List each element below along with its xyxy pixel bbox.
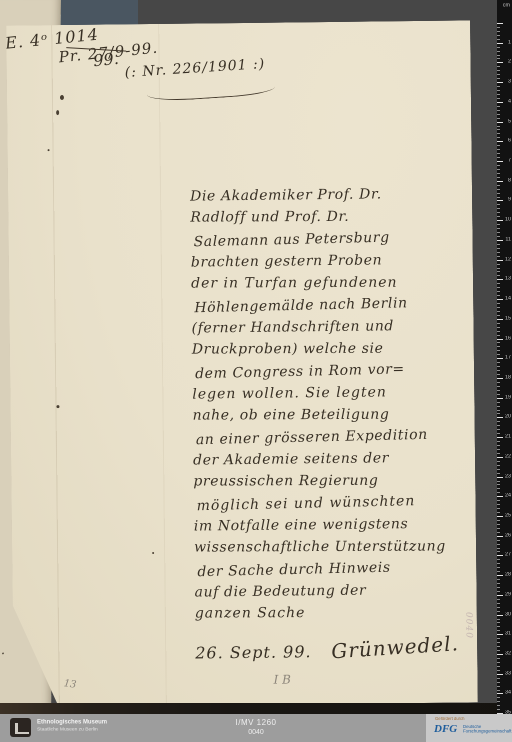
ruler-tick	[497, 43, 503, 44]
ruler-tick	[497, 595, 503, 596]
ruler-tick	[497, 23, 503, 24]
ruler-tick	[497, 386, 500, 387]
ruler-tick	[497, 504, 500, 505]
ruler-tick	[497, 173, 500, 174]
ruler-tick	[497, 256, 500, 257]
ruler-number: 17	[503, 355, 511, 360]
ruler-tick	[497, 66, 500, 67]
ruler-tick	[497, 532, 500, 533]
dfg-acronym: DFG	[434, 723, 457, 735]
ruler-tick	[497, 512, 500, 513]
ink-speck	[152, 552, 154, 554]
ruler-tick	[497, 390, 500, 391]
ruler-number: 31	[503, 631, 511, 636]
ruler-number: 24	[503, 493, 511, 498]
ruler-tick	[497, 500, 500, 501]
ruler-tick	[497, 536, 503, 537]
ruler-tick	[497, 642, 500, 643]
ruler-number: 4	[503, 99, 511, 104]
ruler-number: 27	[503, 552, 511, 557]
ruler-tick	[497, 394, 500, 395]
ruler-tick	[497, 382, 500, 383]
ruler-tick	[497, 682, 500, 683]
ruler-tick	[497, 453, 500, 454]
ruler-tick	[497, 457, 503, 458]
ruler-tick	[497, 133, 500, 134]
ruler-tick	[497, 417, 503, 418]
ruler-tick	[497, 153, 500, 154]
ruler-tick	[497, 508, 500, 509]
ruler-tick	[497, 331, 500, 332]
ruler-number: 26	[503, 533, 511, 538]
ink-speck	[56, 110, 59, 115]
ruler-tick	[497, 524, 500, 525]
ruler-tick	[497, 161, 503, 162]
ruler-tick	[497, 58, 500, 59]
ink-speck	[56, 405, 59, 408]
ruler-number: 34	[503, 690, 511, 695]
footer-bar: Ethnologisches Museum Staatliche Museen …	[0, 714, 512, 742]
ruler-tick	[497, 650, 500, 651]
ruler-number: 5	[503, 119, 511, 124]
ruler-tick	[497, 666, 500, 667]
signature-gruenwedel: Grünwedel.	[331, 631, 460, 663]
file-number-underline	[147, 79, 276, 102]
ruler-tick	[497, 27, 500, 28]
ruler-tick	[497, 346, 500, 347]
ruler-tick	[497, 362, 500, 363]
ink-speck	[60, 95, 64, 100]
ruler-tick	[497, 701, 500, 702]
ruler-tick	[497, 705, 500, 706]
ruler-tick	[497, 311, 500, 312]
ruler-tick	[497, 449, 500, 450]
ruler-tick	[497, 122, 503, 123]
ruler-tick	[497, 268, 500, 269]
ruler-tick	[497, 378, 503, 379]
ruler-tick	[497, 473, 500, 474]
ruler-tick	[497, 260, 503, 261]
ruler-tick	[497, 461, 500, 462]
ruler-number: 20	[503, 414, 511, 419]
ruler-tick	[497, 555, 503, 556]
ruler-tick	[497, 287, 500, 288]
ruler-number: 6	[503, 138, 511, 143]
ruler-tick	[497, 126, 500, 127]
ruler-tick	[497, 137, 500, 138]
ruler-tick	[497, 106, 500, 107]
letter-body-line: Die Akademiker Prof. Dr.	[190, 182, 476, 207]
ruler-tick	[497, 437, 503, 438]
ruler-tick	[497, 74, 500, 75]
ruler-tick	[497, 149, 500, 150]
ruler-number: 30	[503, 612, 511, 617]
ruler-tick	[497, 674, 503, 675]
ruler-tick	[497, 481, 500, 482]
ruler-tick	[497, 693, 503, 694]
ruler-tick	[497, 433, 500, 434]
letter-date: 26. Sept. 99.	[195, 642, 311, 662]
ruler-tick	[497, 47, 500, 48]
ruler: cm12345678910111213141516171819202122232…	[497, 0, 512, 715]
ruler-tick	[497, 496, 503, 497]
ruler-number: 11	[503, 237, 511, 242]
scan-viewport: ei. Pr. 27/9-99. (: Nr. 226/1901 :) E. 4…	[0, 0, 512, 742]
ruler-tick	[497, 634, 503, 635]
ruler-tick	[497, 244, 500, 245]
ruler-tick	[497, 516, 503, 517]
ruler-number: 33	[503, 671, 511, 676]
ruler-tick	[497, 165, 500, 166]
ruler-tick	[497, 488, 500, 489]
ruler-tick	[497, 275, 500, 276]
ruler-tick	[497, 402, 500, 403]
ruler-tick	[497, 445, 500, 446]
ruler-tick	[497, 200, 503, 201]
ruler-tick	[497, 335, 500, 336]
ruler-tick	[497, 421, 500, 422]
ruler-number: 18	[503, 375, 511, 380]
ruler-tick	[497, 374, 500, 375]
manuscript-page: Pr. 27/9-99. (: Nr. 226/1901 :) E. 4ᵒ 10…	[6, 20, 478, 707]
ruler-number: 22	[503, 454, 511, 459]
ruler-tick	[497, 70, 500, 71]
ruler-tick	[497, 248, 500, 249]
ruler-tick	[497, 658, 500, 659]
ruler-tick	[497, 299, 503, 300]
ruler-tick	[497, 611, 500, 612]
ruler-tick	[497, 342, 500, 343]
ruler-tick	[497, 654, 503, 655]
ruler-tick	[497, 177, 500, 178]
ruler-tick	[497, 686, 500, 687]
ruler-tick	[497, 619, 500, 620]
ruler-tick	[497, 697, 500, 698]
ruler-unit-label: cm	[503, 3, 510, 8]
ruler-tick	[497, 354, 500, 355]
ruler-tick	[497, 169, 500, 170]
ruler-tick	[497, 204, 500, 205]
ruler-number: 7	[503, 158, 511, 163]
ruler-number: 14	[503, 296, 511, 301]
ruler-tick	[497, 216, 500, 217]
ruler-tick	[497, 271, 500, 272]
ruler-tick	[497, 559, 500, 560]
ruler-tick	[497, 413, 500, 414]
ruler-tick	[497, 212, 500, 213]
ruler-tick	[497, 39, 500, 40]
ruler-number: 10	[503, 217, 511, 222]
ruler-tick	[497, 575, 503, 576]
ruler-tick	[497, 35, 500, 36]
ruler-number: 8	[503, 178, 511, 183]
ruler-tick	[497, 102, 503, 103]
ruler-number: 3	[503, 79, 511, 84]
ruler-tick	[497, 441, 500, 442]
folio-number: 13	[63, 678, 77, 691]
ruler-tick	[497, 82, 503, 83]
ruler-tick	[497, 224, 500, 225]
ruler-number: 23	[503, 474, 511, 479]
ruler-tick	[497, 469, 500, 470]
ruler-tick	[497, 563, 500, 564]
ruler-tick	[497, 291, 500, 292]
ruler-tick	[497, 327, 500, 328]
ruler-tick	[497, 252, 500, 253]
ruler-tick	[497, 283, 500, 284]
ruler-tick	[497, 398, 503, 399]
ruler-tick	[497, 540, 500, 541]
ruler-tick	[497, 62, 503, 63]
ruler-tick	[497, 662, 500, 663]
ruler-tick	[497, 626, 500, 627]
ruler-tick	[497, 295, 500, 296]
ruler-tick	[497, 544, 500, 545]
ruler-tick	[497, 528, 500, 529]
ruler-tick	[497, 339, 503, 340]
accession-denominator: 99.	[92, 49, 119, 70]
ruler-tick	[497, 319, 503, 320]
ruler-tick	[497, 591, 500, 592]
ruler-tick	[497, 145, 500, 146]
ruler-tick	[497, 571, 500, 572]
ruler-tick	[497, 110, 500, 111]
ruler-number: 32	[503, 651, 511, 656]
ruler-tick	[497, 90, 500, 91]
ruler-number: 29	[503, 592, 511, 597]
dfg-name-line2: Forschungsgemeinschaft	[463, 729, 511, 733]
ruler-tick	[497, 197, 500, 198]
ruler-tick	[497, 98, 500, 99]
ruler-tick	[497, 157, 500, 158]
ink-speck	[48, 149, 50, 151]
dfg-logo: Gefördert durch DFG Deutsche Forschungsg…	[426, 714, 512, 742]
under-sheet-writing-fragment: ei.	[0, 643, 5, 659]
ruler-tick	[497, 228, 500, 229]
ruler-tick	[497, 709, 500, 710]
ruler-tick	[497, 630, 500, 631]
ruler-tick	[497, 638, 500, 639]
ruler-tick	[497, 599, 500, 600]
ruler-tick	[497, 323, 500, 324]
rotated-margin-mark: 0040	[463, 612, 473, 639]
ruler-tick	[497, 583, 500, 584]
ruler-tick	[497, 678, 500, 679]
ruler-tick	[497, 607, 500, 608]
dfg-full-name: Deutsche Forschungsgemeinschaft	[463, 725, 511, 734]
ruler-tick	[497, 232, 500, 233]
ruler-tick	[497, 551, 500, 552]
ruler-number: 25	[503, 513, 511, 518]
ruler-tick	[497, 94, 500, 95]
ruler-tick	[497, 185, 500, 186]
ruler-tick	[497, 193, 500, 194]
ruler-tick	[497, 567, 500, 568]
ruler-tick	[497, 646, 500, 647]
ruler-tick	[497, 264, 500, 265]
ruler-tick	[497, 492, 500, 493]
ruler-tick	[497, 129, 500, 130]
ruler-number: 19	[503, 395, 511, 400]
ruler-tick	[497, 587, 500, 588]
ruler-tick	[497, 114, 500, 115]
ruler-tick	[497, 240, 503, 241]
ruler-tick	[497, 477, 503, 478]
ruler-tick	[497, 548, 500, 549]
ruler-tick	[497, 279, 503, 280]
ruler-tick	[497, 78, 500, 79]
ruler-tick	[497, 51, 500, 52]
ruler-tick	[497, 622, 500, 623]
ruler-tick	[497, 603, 500, 604]
ruler-tick	[497, 315, 500, 316]
ruler-tick	[497, 615, 503, 616]
ruler-tick	[497, 141, 503, 142]
ruler-number: 21	[503, 434, 511, 439]
ruler-tick	[497, 350, 500, 351]
ruler-number: 16	[503, 336, 511, 341]
ruler-number: 2	[503, 59, 511, 64]
ruler-number: 12	[503, 257, 511, 262]
ruler-number: 13	[503, 276, 511, 281]
ruler-tick	[497, 86, 500, 87]
ruler-tick	[497, 484, 500, 485]
ruler-tick	[497, 579, 500, 580]
ruler-tick	[497, 410, 500, 411]
ruler-tick	[497, 465, 500, 466]
funding-note: Gefördert durch	[435, 717, 464, 721]
ruler-tick	[497, 690, 500, 691]
ruler-tick	[497, 429, 500, 430]
letter-body: Die Akademiker Prof. Dr.Radloff und Prof…	[190, 182, 481, 625]
ruler-tick	[497, 303, 500, 304]
ruler-number: 15	[503, 316, 511, 321]
ruler-number: 1	[503, 40, 511, 45]
ruler-tick	[497, 406, 500, 407]
ruler-number: 28	[503, 572, 511, 577]
letter-body-line: ganzen Sache	[195, 601, 481, 624]
ruler-number: 9	[503, 197, 511, 202]
pencil-initials: I B	[274, 672, 292, 686]
ruler-tick	[497, 118, 500, 119]
ruler-tick	[497, 366, 500, 367]
ruler-tick	[497, 670, 500, 671]
ruler-tick	[497, 370, 500, 371]
ruler-tick	[497, 425, 500, 426]
ruler-tick	[497, 55, 500, 56]
ruler-tick	[497, 208, 500, 209]
ruler-tick	[497, 307, 500, 308]
ruler-tick	[497, 236, 500, 237]
ruler-tick	[497, 220, 503, 221]
ruler-tick	[497, 189, 500, 190]
ruler-tick	[497, 31, 500, 32]
ruler-tick	[497, 520, 500, 521]
ruler-tick	[497, 358, 503, 359]
ruler-tick	[497, 181, 503, 182]
